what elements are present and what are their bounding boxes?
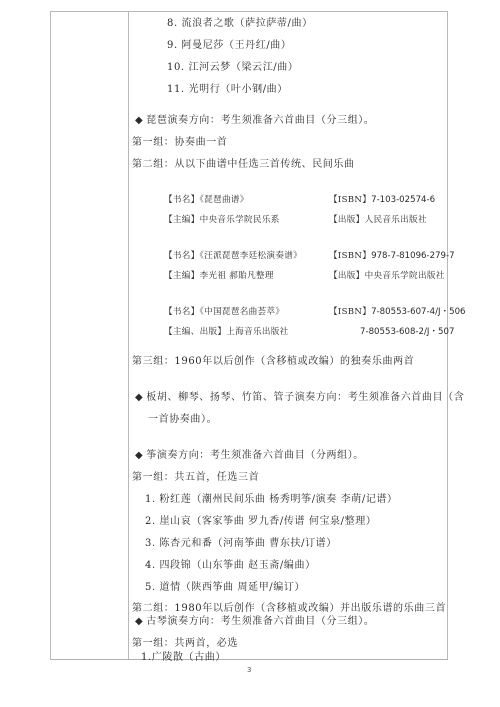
book-name: 【书名】《汪派琵琶李廷松演奏谱》 [164, 250, 302, 262]
book-editor: 【主编】中央音乐学院民乐系 [164, 214, 280, 226]
list-item: 1.广陵散（古曲） [141, 652, 226, 664]
book-editor: 【主编、出版】上海音乐出版社 [164, 326, 289, 338]
pipa-group2: 第二组：从以下曲谱中任选三首传统、民间乐曲 [132, 159, 355, 171]
guqin-group1: 第一组：共两首，必选 [132, 638, 238, 650]
list-item: 5. 道情（陕西筝曲 周延甲/编订） [145, 582, 305, 594]
list-item: 1. 粉红莲（潮州民间乐曲 杨秀明筝/演奏 李萌/记谱） [145, 494, 398, 506]
list-item: 8. 流浪者之歌（萨拉萨蒂/曲） [167, 18, 313, 30]
book-isbn: 【ISBN】978-7-81096-279-7 [329, 250, 455, 262]
list-item: 2. 崖山哀（客家筝曲 罗九香/传谱 何宝泉/整理） [145, 516, 376, 528]
pipa-heading: ◆琵琶演奏方向：考生须准备六首曲目（分三组）。 [135, 115, 375, 127]
book-name: 【书名】《中国琵琶名曲荟萃》 [164, 306, 284, 318]
category-column [51, 12, 129, 659]
book-name: 【书名】《琵琶曲谱》 [164, 194, 249, 206]
book-isbn: 【ISBN】7-80553-607-4/J・506 [329, 306, 466, 318]
list-item: 4. 四段锦（山东筝曲 赵玉斋/编曲） [145, 560, 316, 572]
book-editor: 【主编】李光祖 郝貽凡整理 [164, 270, 274, 282]
book-isbn: 【ISBN】7-103-02574-6 [329, 194, 435, 206]
book-publisher: 【出版】人民音乐出版社 [329, 214, 427, 226]
list-item: 10. 江河云梦（梁云江/曲） [167, 62, 298, 74]
multi-heading: ◆板胡、柳琴、扬琴、竹笛、管子演奏方向：考生须准备六首曲目（含 [135, 392, 464, 404]
requirements-table: 8. 流浪者之歌（萨拉萨蒂/曲） 9. 阿曼尼莎（王丹红/曲） 10. 江河云梦… [50, 11, 448, 660]
list-item: 11. 光明行（叶小钢/曲） [167, 84, 288, 96]
page-number: 3 [247, 666, 251, 674]
diamond-bullet-icon: ◆ [135, 616, 143, 627]
zheng-group2: 第二组：1980年以后创作（含移植或改编）并出版乐谱的乐曲三首 [132, 603, 446, 615]
book-isbn-2: 7-80553-608-2/J・507 [360, 326, 454, 338]
diamond-bullet-icon: ◆ [135, 450, 143, 461]
guqin-heading: ◆古琴演奏方向：考生须准备六首曲目（分三组）。 [135, 616, 375, 628]
zheng-heading: ◆筝演奏方向：考生须准备六首曲目（分两组）。 [135, 450, 364, 462]
list-item: 9. 阿曼尼莎（王丹红/曲） [167, 40, 292, 52]
book-publisher: 【出版】中央音乐学院出版社 [329, 270, 445, 282]
diamond-bullet-icon: ◆ [135, 115, 143, 126]
pipa-group3: 第三组：1960年以后创作（含移植或改编）的独奏乐曲两首 [132, 356, 414, 368]
pipa-group1: 第一组：协奏曲一首 [132, 137, 227, 149]
zheng-group1: 第一组：共五首，任选三首 [132, 472, 259, 484]
diamond-bullet-icon: ◆ [135, 392, 143, 403]
content-column: 8. 流浪者之歌（萨拉萨蒂/曲） 9. 阿曼尼莎（王丹红/曲） 10. 江河云梦… [129, 12, 447, 659]
list-item: 3. 陈杏元和番（河南筝曲 曹东扶/订谱） [145, 538, 337, 550]
multi-heading-cont: 一首协奏曲）。 [148, 414, 217, 426]
